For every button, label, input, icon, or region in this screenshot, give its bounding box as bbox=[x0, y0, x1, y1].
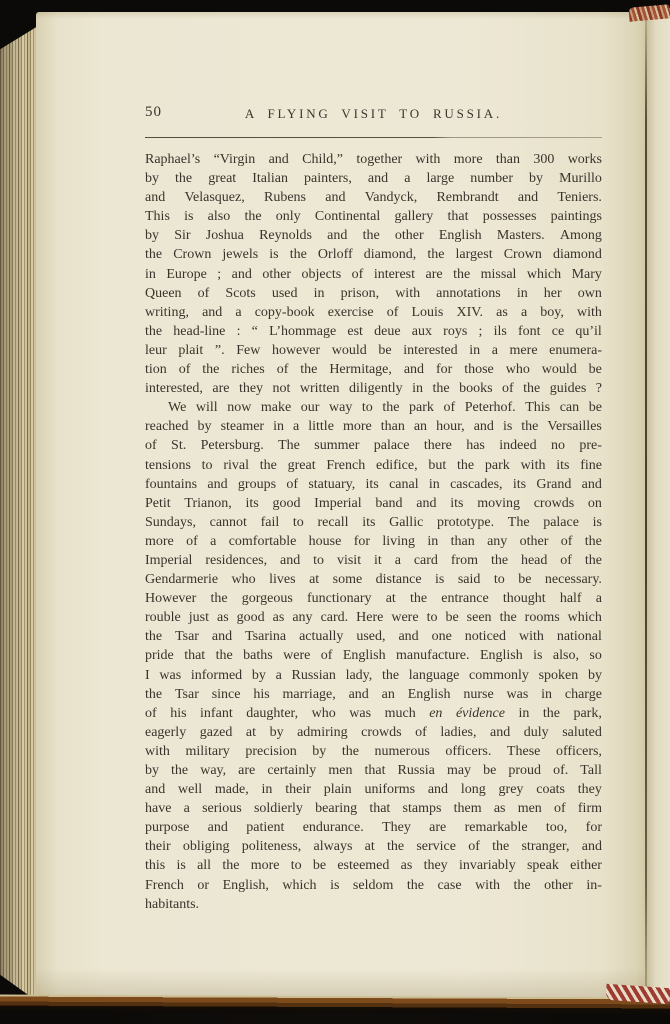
text-line: andwellmade,intheirplainuniformsandlongg… bbox=[145, 780, 602, 799]
text-line: fountainsandgroupsofstatuary,itscanalinc… bbox=[145, 475, 602, 494]
text-line: moreofacomfortablehouseforlivinginthanan… bbox=[145, 532, 602, 551]
text-line: PetitTrianon,itsgoodImperialbandanditsmo… bbox=[145, 494, 602, 513]
text-line: ofSt.Petersburg.Thesummerpalacetherehasi… bbox=[145, 436, 602, 455]
text-line: roublejustasgoodasanycard.Hereweretobese… bbox=[145, 608, 602, 627]
text-line: andVelasquez,RubensandVandyck,Rembrandta… bbox=[145, 188, 602, 207]
text-line: ThisisalsotheonlyContinentalgallerythatp… bbox=[145, 207, 602, 226]
text-line: writing,andacopy-bookexerciseofLouisXIV.… bbox=[145, 303, 602, 322]
text-line: bytheway,arecertainlymenthatRussiamaybep… bbox=[145, 761, 602, 780]
page-stack-fore-edge bbox=[0, 26, 38, 1002]
text-line: eagerlygazedatbyadmiringcrowdsofladies,a… bbox=[145, 723, 602, 742]
text-line: tensionstorivalthegreatFrenchedifice,but… bbox=[145, 456, 602, 475]
page-body-text: Raphael’s“VirginandChild,”togetherwithmo… bbox=[145, 150, 602, 914]
book-cover-edge bbox=[0, 995, 670, 1015]
text-line: theTsarsincehismarriage,andanEnglishnurs… bbox=[145, 685, 602, 704]
text-line: pridethatthebathswereofEnglishmanufactur… bbox=[145, 646, 602, 665]
text-line: bythegreatItalianpainters,andalargenumbe… bbox=[145, 169, 602, 188]
running-header-title: A FLYING VISIT TO RUSSIA. bbox=[145, 106, 602, 122]
text-line: withmilitaryprecisionbythenumerousoffice… bbox=[145, 742, 602, 761]
text-line: bySirJoshuaReynoldsandtheotherEnglishMas… bbox=[145, 226, 602, 245]
text-line: Howeverthegorgeousfunctionaryattheentran… bbox=[145, 589, 602, 608]
text-line: tionoftherichesoftheHermitage,andforthos… bbox=[145, 360, 602, 379]
text-line: theirobligingpoliteness,alwaysattheservi… bbox=[145, 837, 602, 856]
text-line: habitants. bbox=[145, 895, 602, 914]
text-line: thehead-line:“L’hommageestdeueauxroys;il… bbox=[145, 322, 602, 341]
text-line: haveaserioussoldierlybearingthatstampsth… bbox=[145, 799, 602, 818]
header-rule bbox=[145, 137, 602, 138]
text-line: ofhisinfantdaughter,whowasmuchenévidence… bbox=[145, 704, 602, 723]
text-line: interested,aretheynotwrittendiligentlyin… bbox=[145, 379, 602, 398]
text-line: purposeandpatientendurance.Theyareremark… bbox=[145, 818, 602, 837]
text-line: Imperialresidences,andtovisititacardfrom… bbox=[145, 551, 602, 570]
text-line: IwasinformedbyaRussianlady,thelanguageco… bbox=[145, 666, 602, 685]
text-line: leurplait”.Fewhoweverwouldbeinterestedin… bbox=[145, 341, 602, 360]
text-line: QueenofScotsusedinprison,withannotations… bbox=[145, 284, 602, 303]
text-line: FrenchorEnglish,whichisseldomthecasewith… bbox=[145, 876, 602, 895]
facing-page-edge bbox=[647, 8, 670, 1004]
text-line: theCrownjewelsistheOrloffdiamond,thelarg… bbox=[145, 245, 602, 264]
text-line: WewillnowmakeourwaytotheparkofPeterhof.T… bbox=[145, 398, 602, 417]
text-line: reachedbysteamerinalittlemorethananhour,… bbox=[145, 417, 602, 436]
book-page: 50 A FLYING VISIT TO RUSSIA. Raphael’s“V… bbox=[36, 12, 648, 998]
text-line: inEurope;andotherobjectsofinterestarethe… bbox=[145, 265, 602, 284]
book-photo: 50 A FLYING VISIT TO RUSSIA. Raphael’s“V… bbox=[0, 0, 670, 1024]
text-line: theTsarandTsarinaactuallyused,andonenoti… bbox=[145, 627, 602, 646]
text-line: Sundays,cannotfailtorecallitsGallicproto… bbox=[145, 513, 602, 532]
text-line: thisisallthemoretobeesteemedastheyinvari… bbox=[145, 856, 602, 875]
text-line: Gendarmeriewholivesatsomedistanceissaidt… bbox=[145, 570, 602, 589]
text-line: Raphael’s“VirginandChild,”togetherwithmo… bbox=[145, 150, 602, 169]
